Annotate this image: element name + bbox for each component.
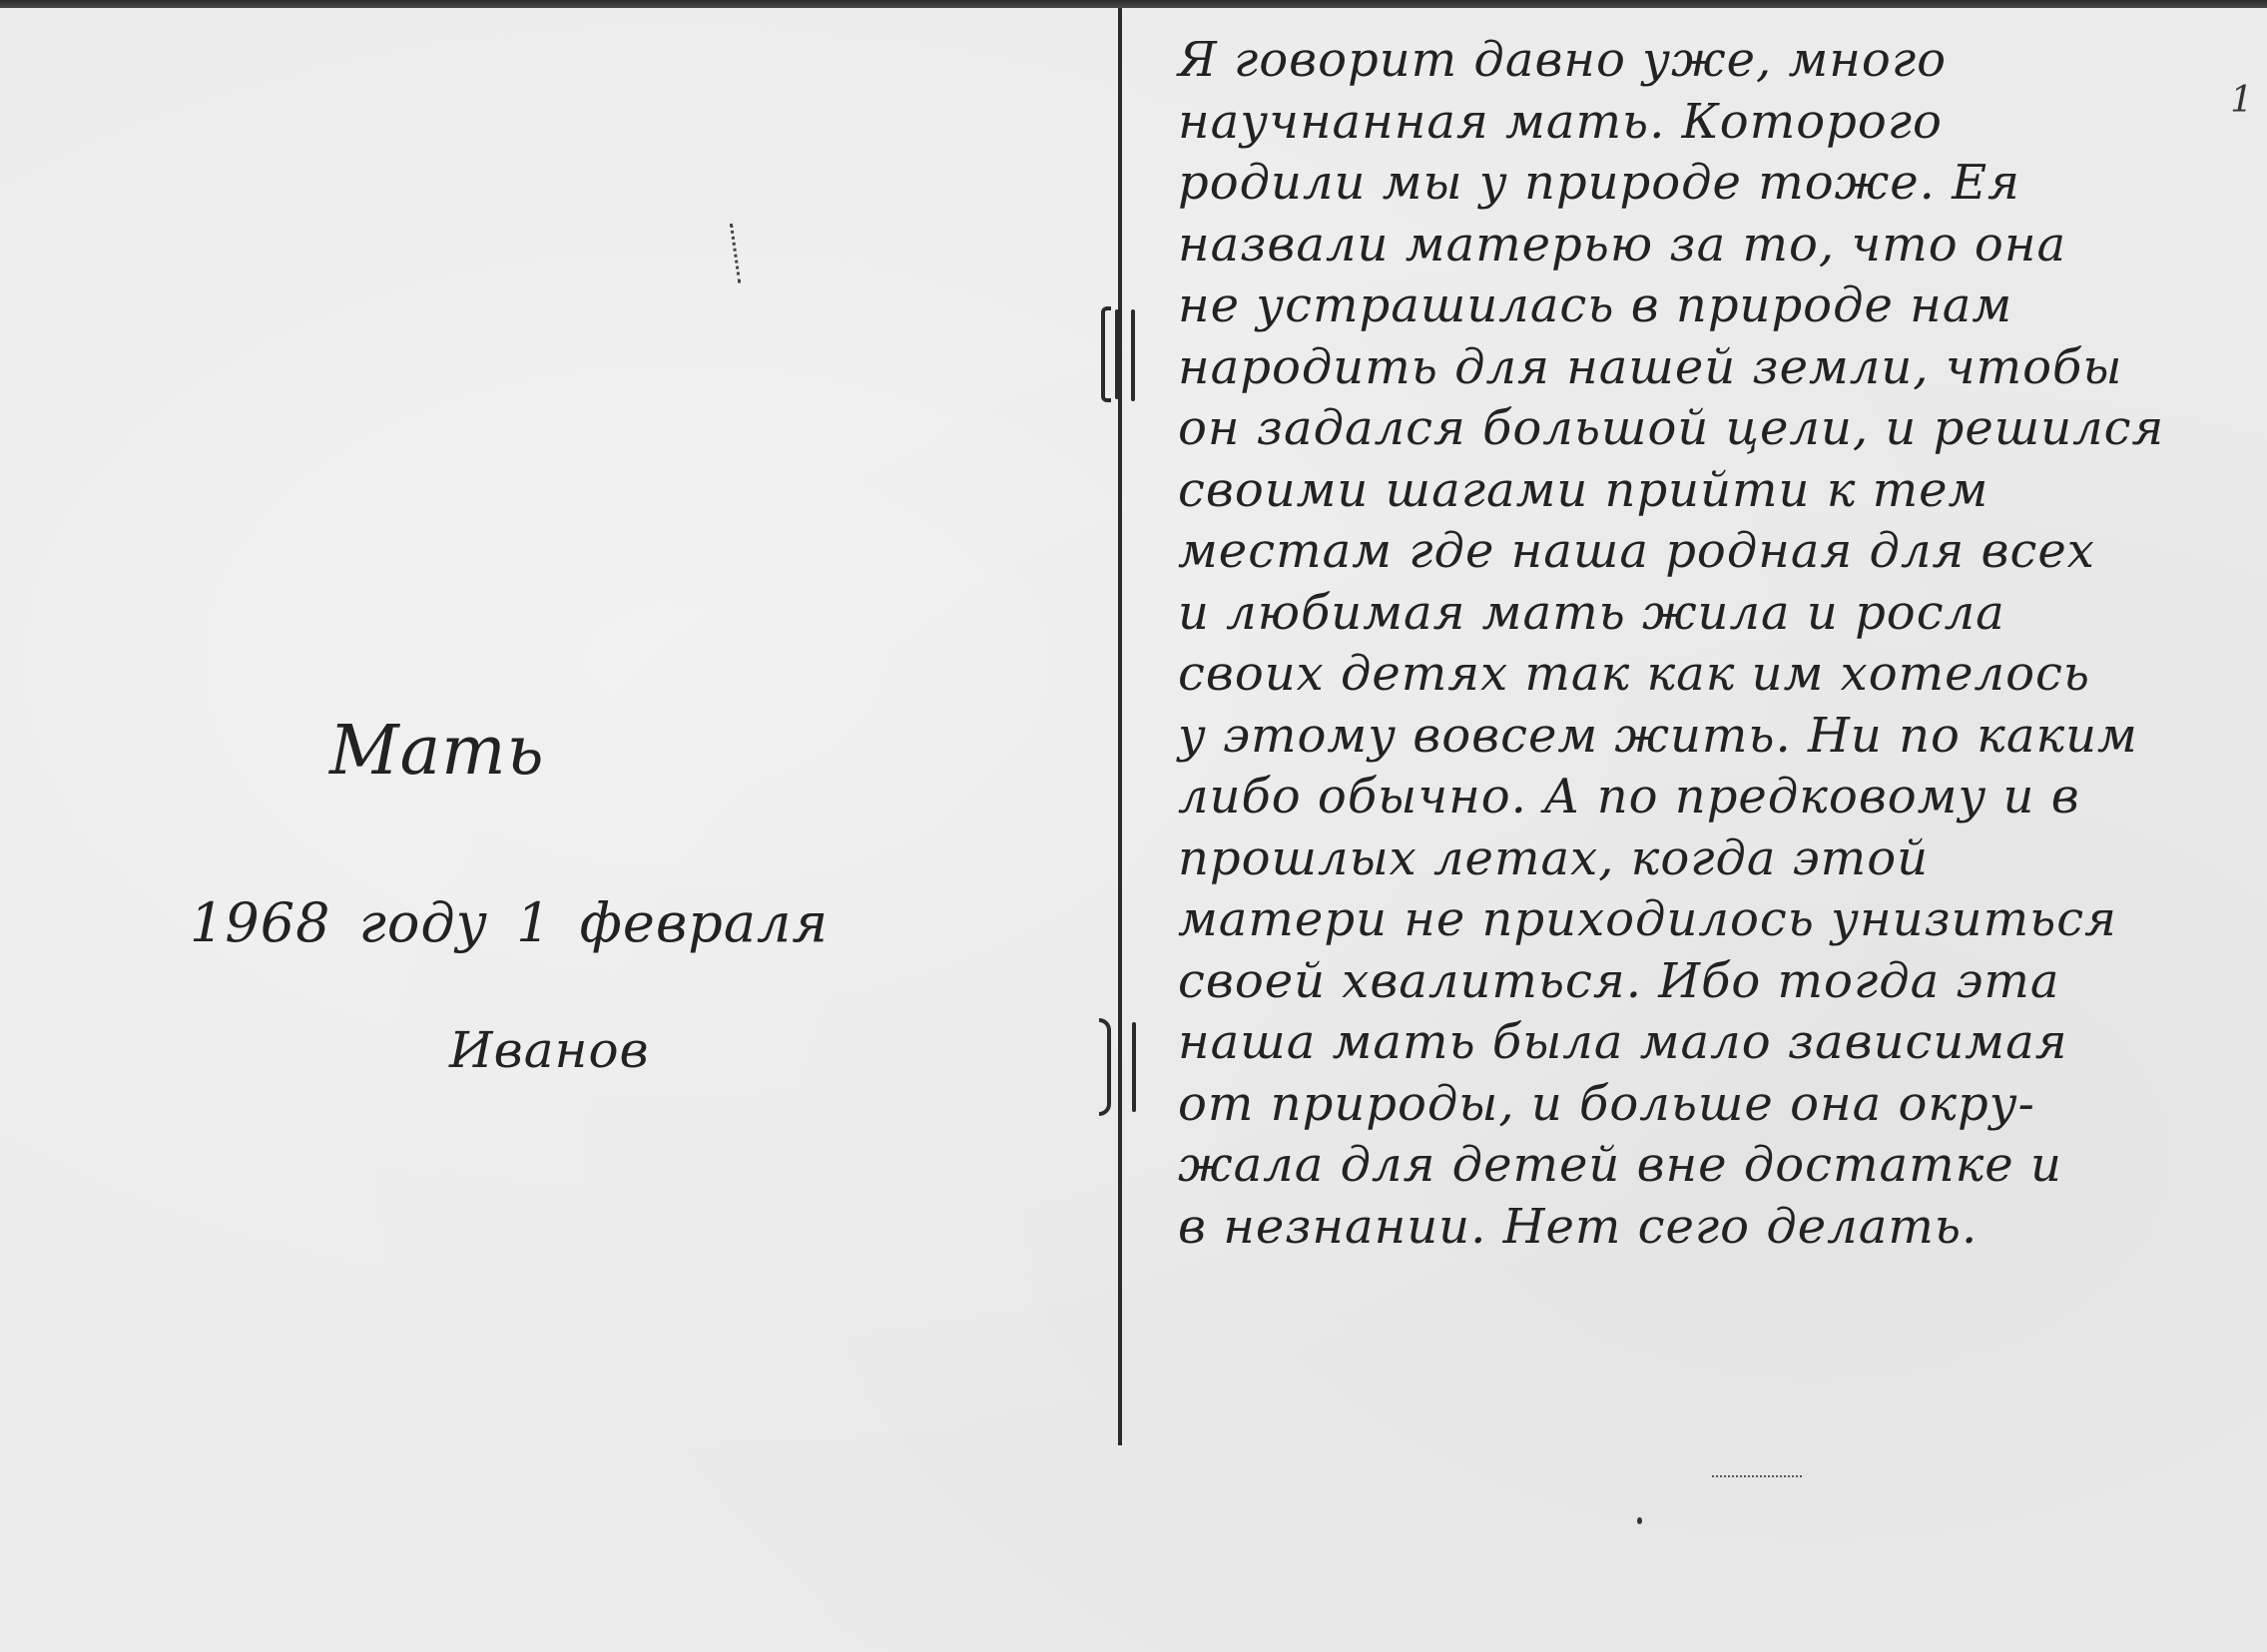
document-title: Мать [329,712,545,791]
binding-staple-bottom [1099,1018,1111,1116]
text-line: у этому вовсем жить. Ни по каким [1178,706,2164,768]
text-line: не устрашилась в природе нам [1178,275,2164,337]
text-line: своих детях так как им хотелось [1178,644,2164,706]
notebook-spine [1118,8,1122,1445]
text-line: от природы, и больше она окру- [1178,1074,2164,1136]
text-line: либо обычно. А по предковому и в [1178,767,2164,828]
text-line: матери не приходилось унизиться [1178,889,2164,951]
text-line: он задался большой цели, и решился [1178,398,2164,460]
ink-smudge [730,222,751,282]
text-line: своими шагами прийти к тем [1178,460,2164,522]
text-line: назвали матерью за то, что она [1178,215,2164,276]
scan-top-edge [0,0,2267,8]
binding-staple-top [1101,306,1111,402]
right-page: 1 Я говорит давно уже, много научнанная … [1138,8,2267,1652]
text-line: в незнании. Нет сего делать. [1178,1197,2164,1259]
scanned-document: Мать 1968 году 1 февраля Иванов 1 Я гово… [0,0,2267,1652]
text-line: наша мать была мало зависимая [1178,1012,2164,1074]
document-date: 1968 году 1 февраля [190,891,829,954]
stray-mark [1712,1475,1802,1477]
text-line: и любимая мать жила и росла [1178,583,2164,645]
text-line: местам где наша родная для всех [1178,521,2164,583]
document-author: Иванов [449,1021,650,1079]
page-number: 1 [2230,80,2253,121]
text-line: жала для детей вне достатке и [1178,1135,2164,1197]
text-line: научнанная мать. Которого [1178,92,2164,154]
left-page: Мать 1968 году 1 февраля Иванов [0,8,1108,1652]
handwritten-text-body: Я говорит давно уже, много научнанная ма… [1178,30,2164,1258]
binding-staple-bottom [1132,1022,1136,1112]
text-line: родили мы у природе тоже. Ея [1178,153,2164,215]
binding-staple-top [1131,309,1135,401]
text-line: своей хвалиться. Ибо тогда эта [1178,951,2164,1013]
text-line: народить для нашей земли, чтобы [1178,337,2164,399]
binding-staple-top [1115,309,1119,399]
text-line: Я говорит давно уже, много [1178,30,2164,92]
stray-dot [1637,1517,1642,1524]
text-line: прошлых летах, когда этой [1178,828,2164,890]
